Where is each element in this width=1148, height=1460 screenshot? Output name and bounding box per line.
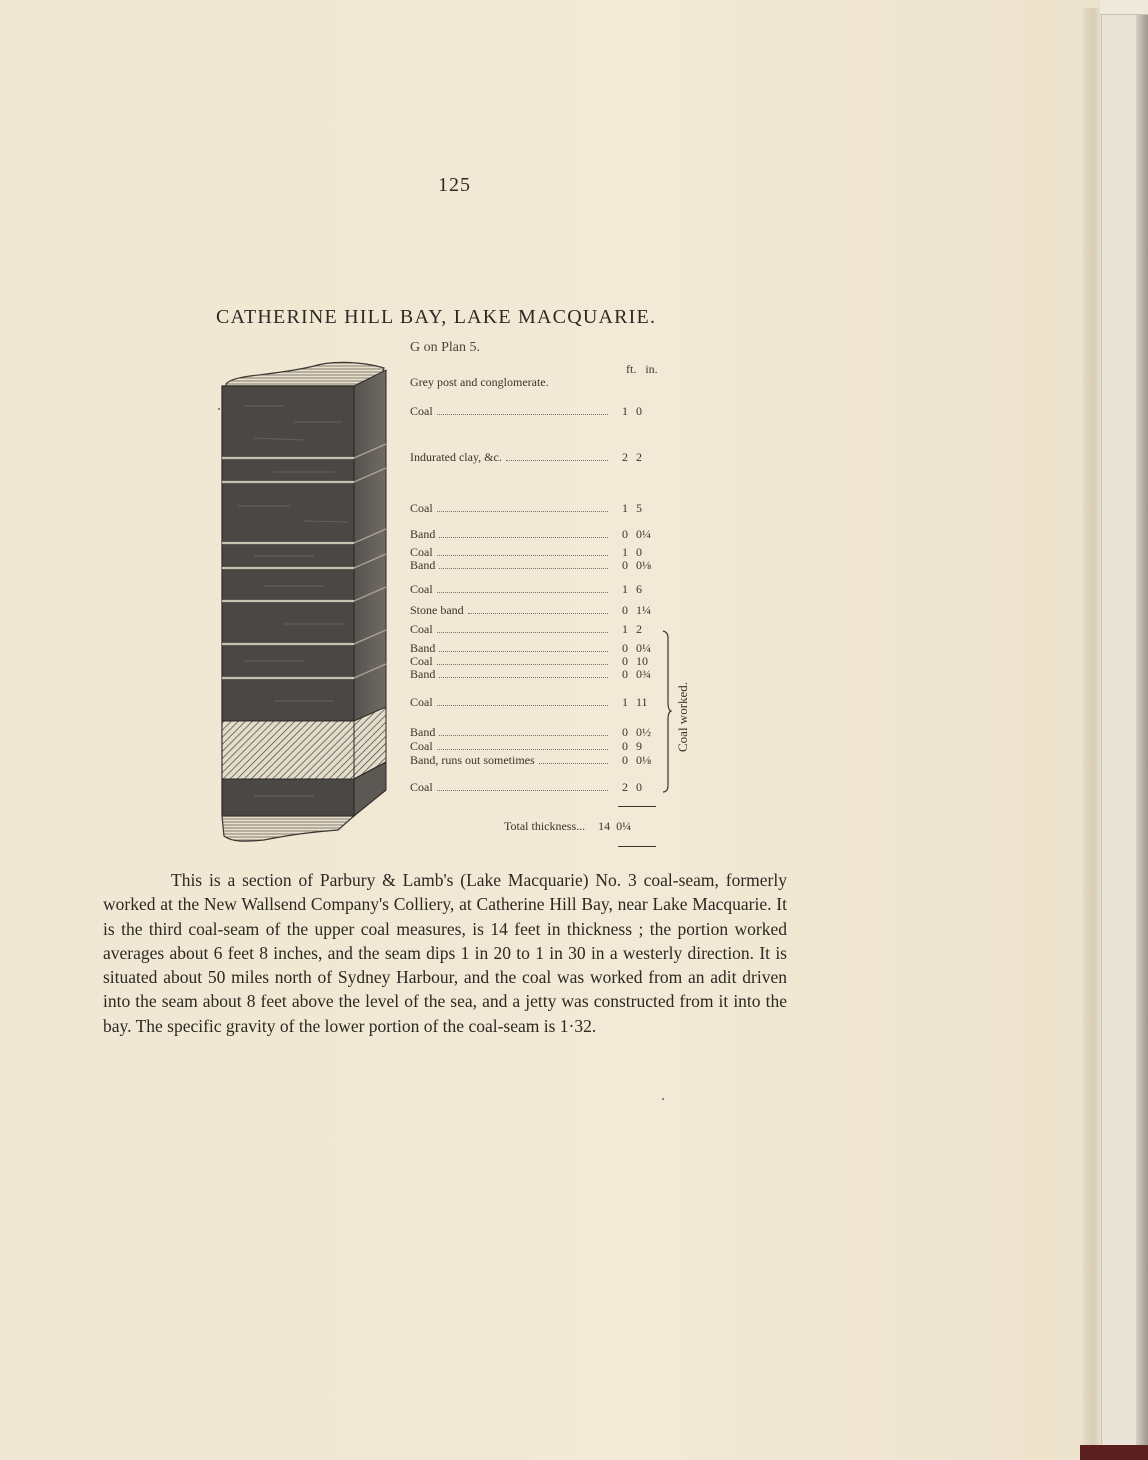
total-thickness-row: Total thickness... 140¼: [504, 819, 638, 834]
leader-dots: [437, 789, 608, 791]
total-label: Total thickness...: [504, 819, 585, 833]
strata-inches: 0: [628, 405, 662, 418]
strata-inches: 9: [628, 740, 662, 753]
strata-label: Grey post and conglomerate.: [410, 376, 549, 389]
strata-label: Band: [410, 559, 435, 572]
body-paragraph: This is a section of Parbury & Lamb's (L…: [103, 868, 787, 1038]
strata-label: Coal: [410, 623, 433, 636]
strata-column-illustration: [214, 356, 394, 846]
strata-row: Coal 20: [410, 781, 662, 794]
strata-inches: 0: [628, 781, 662, 794]
strata-row: Band 00⅛: [410, 559, 662, 572]
strata-feet: 0: [612, 604, 628, 617]
inches-header: in.: [645, 362, 657, 376]
strata-inches: 0¼: [628, 528, 662, 541]
paper-speck: [218, 408, 220, 410]
strata-row: Coal 10: [410, 405, 662, 418]
strata-feet: 1: [612, 696, 628, 709]
strata-row: Coal 12: [410, 623, 662, 636]
leader-dots: [437, 631, 608, 633]
strata-row: Band, runs out sometimes 00⅛: [410, 754, 662, 767]
strata-inches: 0¾: [628, 668, 662, 681]
column-headers: ft. in.: [626, 362, 658, 377]
leader-dots: [439, 676, 608, 678]
leader-dots: [468, 612, 608, 614]
strata-inches: 5: [628, 502, 662, 515]
strata-label: Coal: [410, 740, 433, 753]
leader-dots: [437, 413, 608, 415]
plan-reference: G on Plan 5.: [410, 340, 480, 356]
total-feet: 14: [588, 819, 610, 834]
strata-row: Coal 111: [410, 696, 662, 709]
strata-inches: 6: [628, 583, 662, 596]
strata-label: Band: [410, 528, 435, 541]
leader-dots: [439, 536, 608, 538]
strata-feet: 0: [612, 726, 628, 739]
strata-label: Indurated clay, &c.: [410, 451, 502, 464]
strata-row: Coal 09: [410, 740, 662, 753]
strata-feet: 0: [612, 668, 628, 681]
next-pages-edge: [1101, 14, 1137, 1444]
book-cover-edge: [1136, 0, 1148, 1460]
strata-inches: 0½: [628, 726, 662, 739]
strata-label: Coal: [410, 696, 433, 709]
leader-dots: [437, 663, 608, 665]
total-rule-top: [618, 806, 656, 807]
strata-feet: 0: [612, 559, 628, 572]
coal-worked-label: Coal worked.: [675, 682, 691, 752]
strata-feet: 0: [612, 740, 628, 753]
strata-label: Coal: [410, 502, 433, 515]
strata-inches: 2: [628, 623, 662, 636]
strata-inches: 2: [628, 451, 662, 464]
leader-dots: [437, 591, 608, 593]
leader-dots: [439, 650, 608, 652]
strata-feet: 2: [612, 781, 628, 794]
strata-feet: 1: [612, 405, 628, 418]
binding-cloth: [1080, 1445, 1148, 1460]
strata-row: Stone band 01¼: [410, 604, 662, 617]
leader-dots: [437, 510, 608, 512]
strata-label: Stone band: [410, 604, 464, 617]
feet-header: ft.: [626, 362, 636, 376]
page-top-edge: [1100, 0, 1148, 15]
strata-row: Band 00¾: [410, 668, 662, 681]
leader-dots: [437, 704, 608, 706]
leader-dots: [439, 734, 608, 736]
strata-inches: 0⅛: [628, 754, 662, 767]
strata-feet: 1: [612, 583, 628, 596]
strata-feet: 1: [612, 623, 628, 636]
strata-row: Coal 16: [410, 583, 662, 596]
strata-inches: 0⅛: [628, 559, 662, 572]
strata-row: Band 00½: [410, 726, 662, 739]
strata-label: Band: [410, 668, 435, 681]
strata-label: Band, runs out sometimes: [410, 754, 535, 767]
strata-feet: 0: [612, 528, 628, 541]
coal-worked-bracket: [662, 630, 672, 793]
leader-dots: [439, 567, 608, 569]
strata-row: Indurated clay, &c. 22: [410, 451, 662, 464]
strata-label: Coal: [410, 405, 433, 418]
leader-dots: [437, 748, 608, 750]
page-number: 125: [438, 174, 471, 197]
strata-row: Coal 15: [410, 502, 662, 515]
strata-feet: 0: [612, 754, 628, 767]
strata-label: Band: [410, 726, 435, 739]
leader-dots: [437, 554, 608, 556]
strata-inches: 11: [628, 696, 662, 709]
page-edge: [1083, 8, 1101, 1460]
strata-label: Coal: [410, 781, 433, 794]
strata-inches: 1¼: [628, 604, 662, 617]
strata-row: Band 00¼: [410, 528, 662, 541]
leader-dots: [539, 762, 608, 764]
cap-label-row: Grey post and conglomerate.: [410, 376, 610, 389]
leader-dots: [506, 459, 608, 461]
strata-label: Coal: [410, 583, 433, 596]
strata-feet: 1: [612, 502, 628, 515]
total-inches: 0¼: [610, 819, 638, 834]
body-paragraph-block: This is a section of Parbury & Lamb's (L…: [103, 868, 787, 1038]
paper-speck: [662, 1098, 664, 1100]
total-rule-bottom: [618, 846, 656, 847]
page-title: CATHERINE HILL BAY, LAKE MACQUARIE.: [216, 306, 656, 329]
strata-feet: 2: [612, 451, 628, 464]
